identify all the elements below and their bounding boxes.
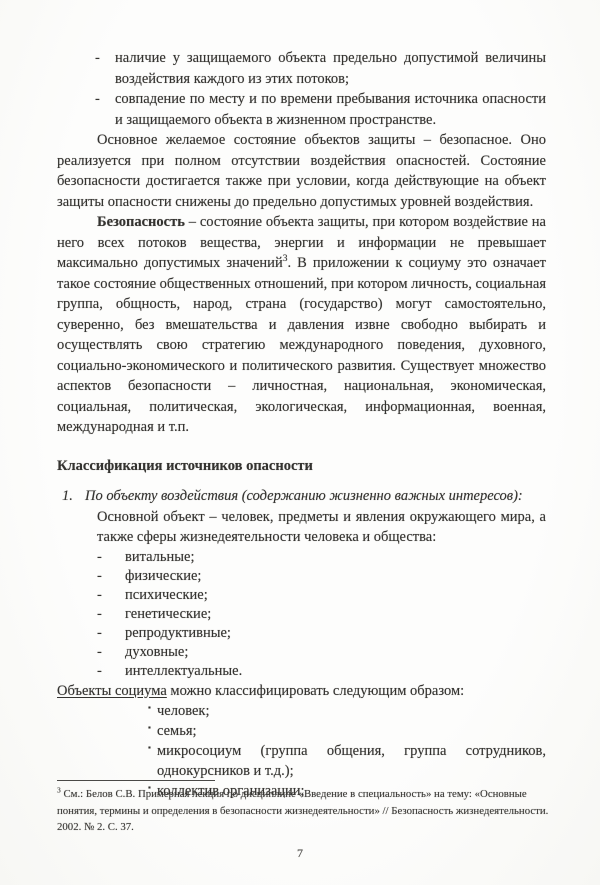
list-item: - витальные; (57, 548, 546, 567)
object-intro-paragraph: Основной объект – человек, предметы и яв… (57, 507, 546, 548)
spheres-dash-list: - витальные; - физические; - психические… (57, 548, 546, 681)
paragraph-safety-definition: Безопасность – состояние объекта защиты,… (57, 212, 546, 438)
list-item: - интеллектуальные. (57, 662, 546, 681)
list-item-text: наличие у защищаемого объекта предельно … (115, 50, 546, 87)
list-item: ▪ человек; (57, 701, 546, 721)
list-item: - наличие у защищаемого объекта предельн… (57, 48, 546, 89)
dash-bullet-icon: - (97, 567, 102, 586)
dash-bullet-icon: - (95, 89, 100, 110)
list-item-text: генетические; (125, 606, 211, 622)
list-item-text: психические; (125, 587, 208, 603)
dash-bullet-icon: - (97, 586, 102, 605)
square-bullet-icon: ▪ (148, 704, 151, 712)
paragraph-text: Основное желаемое состояние объектов защ… (57, 132, 546, 210)
footnote-separator (57, 780, 215, 781)
scanned-document-page: - наличие у защищаемого объекта предельн… (0, 0, 600, 885)
list-item: ▪ микросоциум (группа общения, группа со… (57, 741, 546, 781)
footnote-block: 3 См.: Белов С.В. Примерная лекция по ди… (57, 780, 557, 836)
page-content: - наличие у защищаемого объекта предельн… (57, 48, 546, 801)
list-item: - духовные; (57, 643, 546, 662)
square-bullet-icon: ▪ (148, 724, 151, 732)
item-text: По объекту воздействия (содержанию жизне… (85, 488, 523, 504)
list-item: - репродуктивные; (57, 624, 546, 643)
item-number: 1. (62, 486, 73, 507)
definition-text-continued: . В приложении к социуму это означает та… (57, 255, 546, 435)
list-item-text: духовные; (125, 644, 188, 660)
dash-bullet-icon: - (97, 548, 102, 567)
socium-lead-rest: можно классифицировать следующим образом… (167, 683, 464, 699)
list-item-text: репродуктивные; (125, 625, 231, 641)
list-item-text: витальные; (125, 549, 195, 565)
square-bullet-icon: ▪ (148, 744, 151, 752)
list-item: - физические; (57, 567, 546, 586)
dash-bullet-icon: - (97, 605, 102, 624)
term-safety: Безопасность (97, 214, 185, 230)
list-item-text: человек; (157, 703, 210, 719)
list-item: - психические; (57, 586, 546, 605)
top-dash-list: - наличие у защищаемого объекта предельн… (57, 48, 546, 130)
list-item: - совпадение по месту и по времени пребы… (57, 89, 546, 130)
socium-lead-line: Объекты социума можно классифицировать с… (57, 681, 546, 702)
footnote-text: См.: Белов С.В. Примерная лекция по дисц… (57, 788, 548, 833)
paragraph-desired-state: Основное желаемое состояние объектов защ… (57, 130, 546, 212)
page-number: 7 (0, 846, 600, 861)
dash-bullet-icon: - (97, 662, 102, 681)
dash-bullet-icon: - (97, 624, 102, 643)
dash-bullet-icon: - (97, 643, 102, 662)
dash-bullet-icon: - (95, 48, 100, 69)
list-item-text: совпадение по месту и по времени пребыва… (115, 91, 546, 128)
list-item: ▪ семья; (57, 721, 546, 741)
list-item: - генетические; (57, 605, 546, 624)
numbered-item-1: 1. По объекту воздействия (содержанию жи… (57, 486, 546, 507)
list-item-text: микросоциум (группа общения, группа сотр… (157, 743, 546, 779)
footnote-text-line: 3 См.: Белов С.В. Примерная лекция по ди… (57, 786, 557, 836)
list-item-text: интеллектуальные. (125, 663, 242, 679)
list-item-text: семья; (157, 723, 197, 739)
underlined-term: Объекты социума (57, 683, 167, 699)
list-item-text: физические; (125, 568, 201, 584)
object-intro-text: Основной объект – человек, предметы и яв… (97, 509, 546, 546)
section-heading: Классификация источников опасности (57, 456, 546, 477)
